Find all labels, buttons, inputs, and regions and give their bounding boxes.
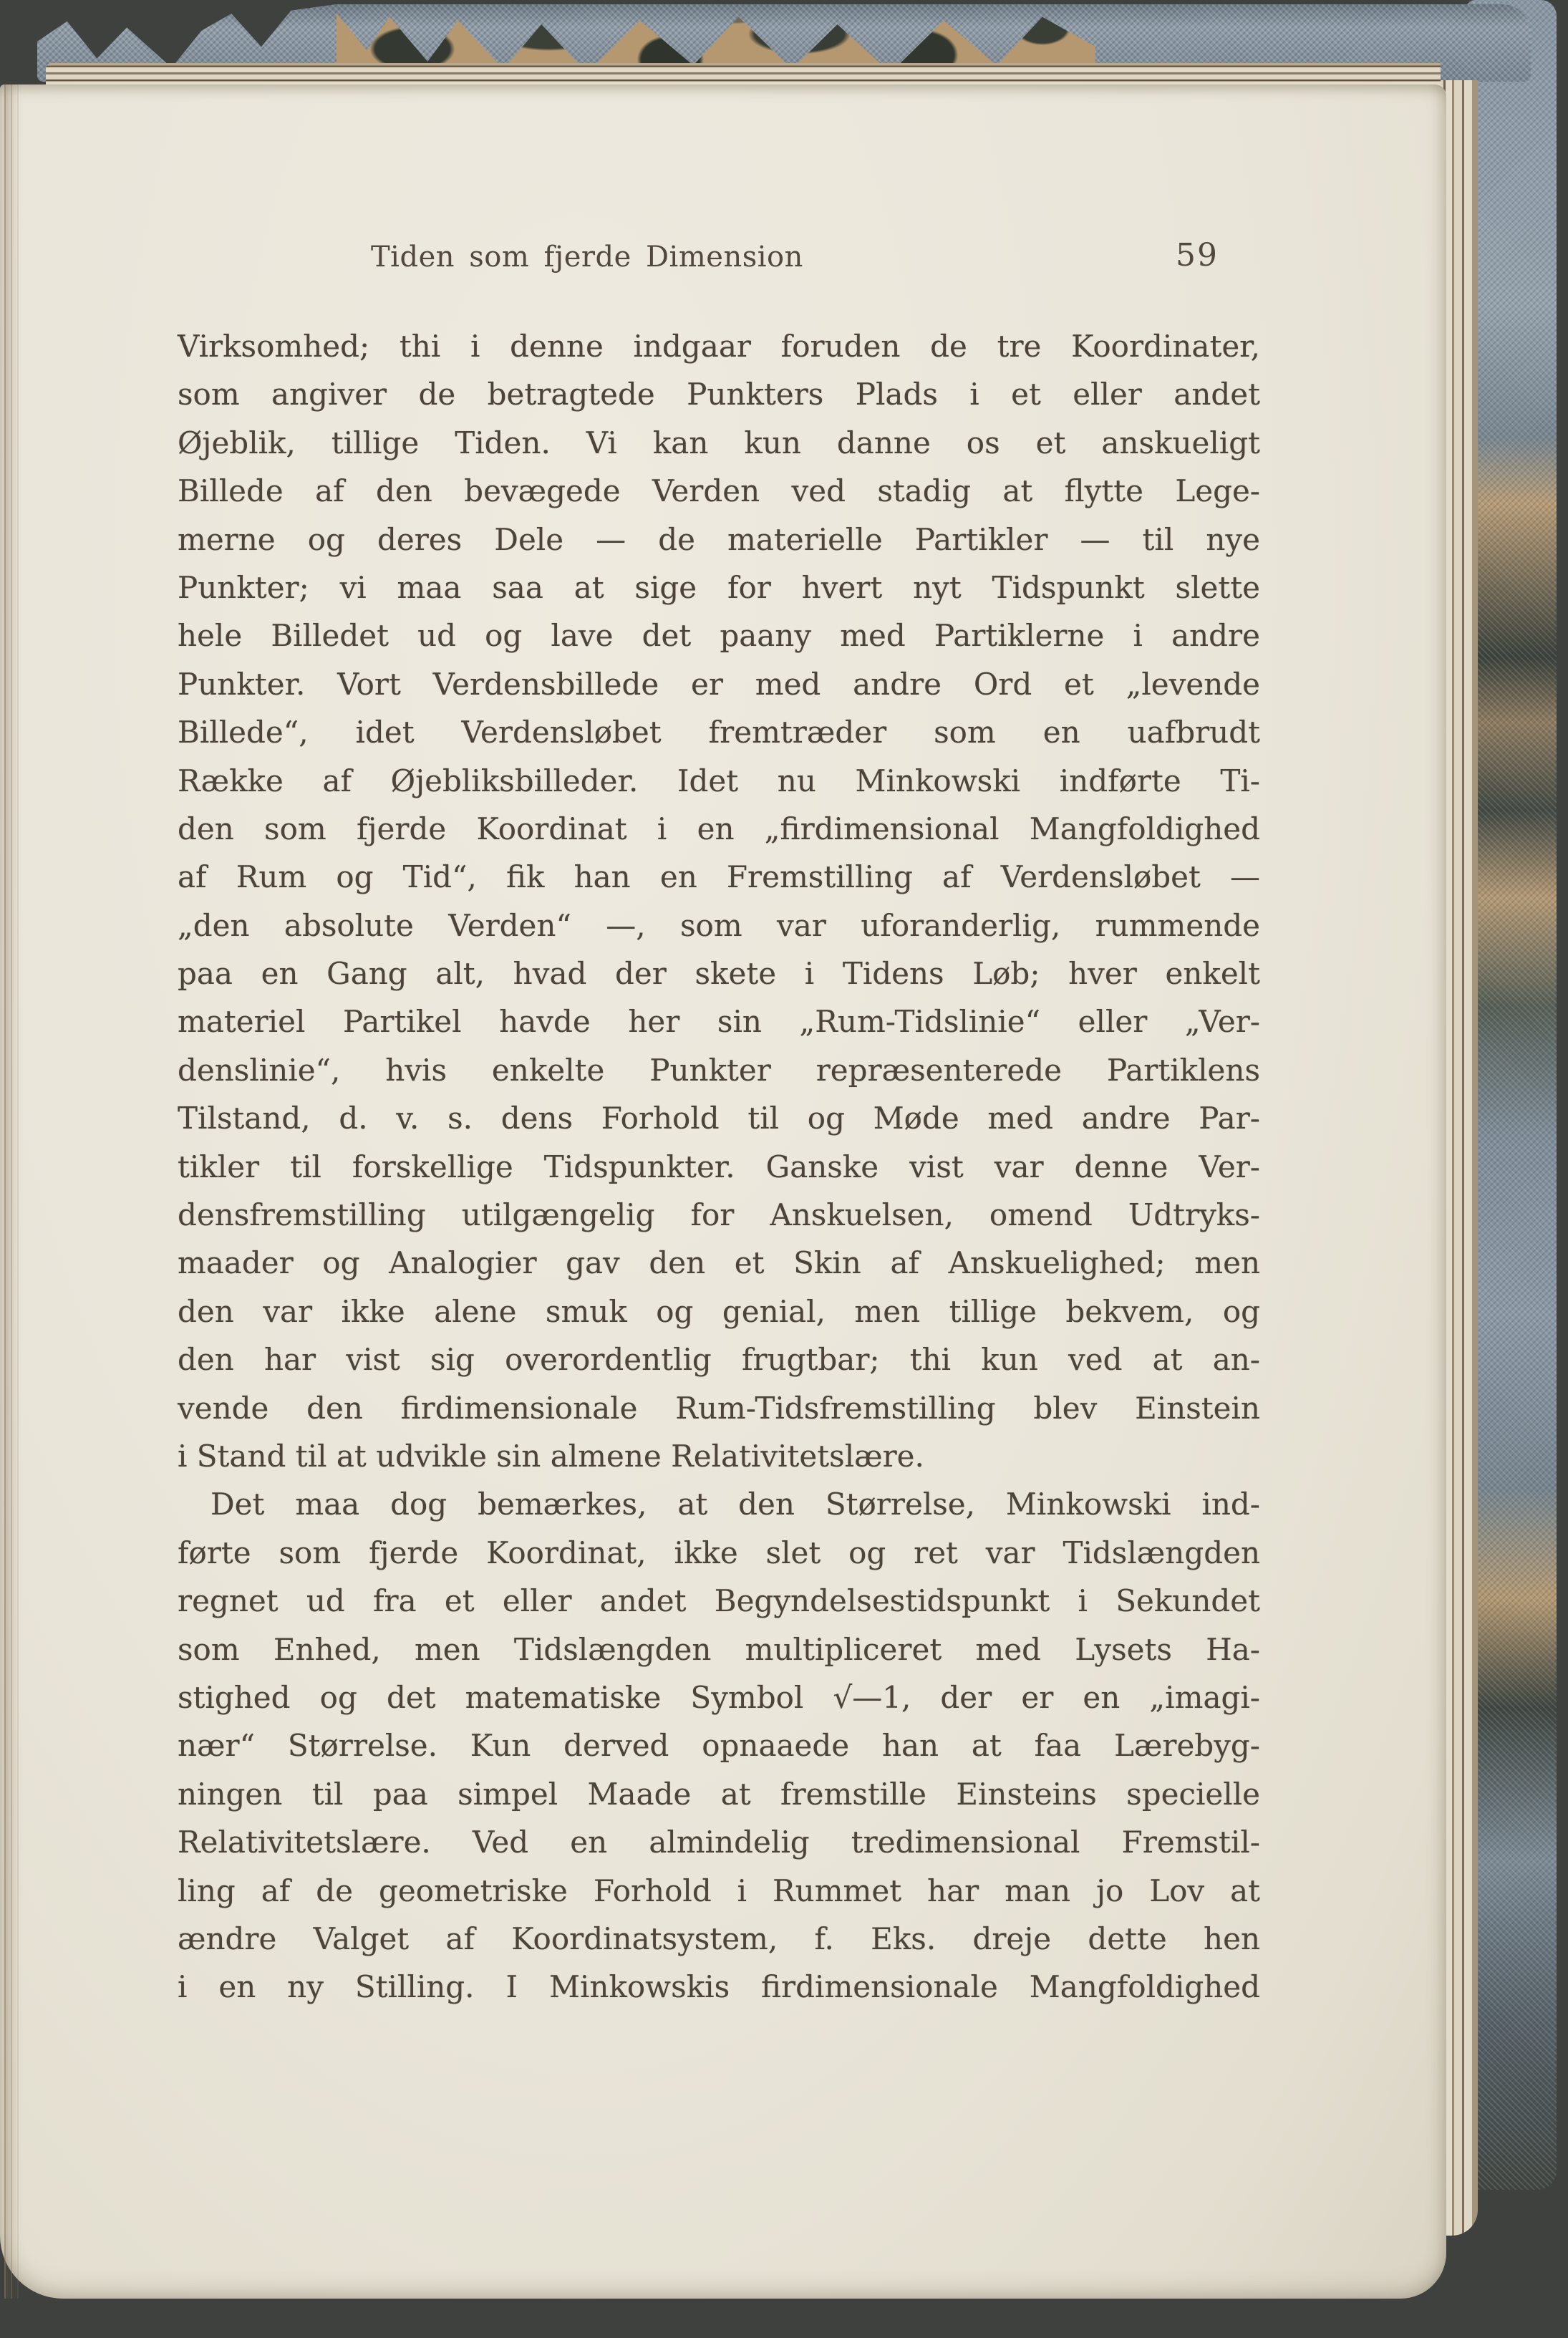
text-line: densfremstilling utilgængelig for Anskue… (178, 1191, 1260, 1239)
text-line: Relativitetslære. Ved en almindelig tred… (178, 1818, 1260, 1866)
text-line: maader og Analogier gav den et Skin af A… (178, 1239, 1260, 1287)
text-line: nær“ Størrelse. Kun derved opnaaede han … (178, 1721, 1260, 1769)
text-line: som angiver de betragtede Punkters Plads… (178, 370, 1260, 418)
text-line: „den absolute Verden“ —, som var uforand… (178, 902, 1260, 950)
text-line: den som fjerde Koordinat i en „firdimens… (178, 805, 1260, 853)
text-line: ningen til paa simpel Maade at fremstill… (178, 1770, 1260, 1818)
text-line: stighed og det matematiske Symbol √—1, d… (178, 1673, 1260, 1721)
text-line: førte som fjerde Koordinat, ikke slet og… (178, 1529, 1260, 1577)
text-line: tikler til forskellige Tidspunkter. Gans… (178, 1143, 1260, 1191)
text-line: paa en Gang alt, hvad der skete i Tidens… (178, 950, 1260, 997)
text-line: hele Billedet ud og lave det paany med P… (178, 612, 1260, 660)
text-line: den har vist sig overordentlig frugtbar;… (178, 1335, 1260, 1383)
body-text: Virksomhed; thi i denne indgaar foruden … (178, 322, 1260, 2011)
text-line: merne og deres Dele — de materielle Part… (178, 516, 1260, 564)
text-line: Virksomhed; thi i denne indgaar foruden … (178, 322, 1260, 370)
text-line: denslinie“, hvis enkelte Punkter repræse… (178, 1046, 1260, 1094)
text-line: Række af Øjebliksbilleder. Idet nu Minko… (178, 757, 1260, 805)
text-line: Punkter; vi maa saa at sige for hvert ny… (178, 564, 1260, 612)
text-line: Øjeblik, tillige Tiden. Vi kan kun danne… (178, 419, 1260, 467)
text-line: som Enhed, men Tidslængden multipliceret… (178, 1626, 1260, 1673)
text-line: Tilstand, d. v. s. dens Forhold til og M… (178, 1094, 1260, 1142)
text-line: vende den firdimensionale Rum-Tidsfremst… (178, 1384, 1260, 1432)
text-line: Det maa dog bemærkes, at den Størrelse, … (178, 1480, 1260, 1528)
text-line: i en ny Stilling. I Minkowskis firdimens… (178, 1963, 1260, 2011)
running-header-title: Tiden som fjerde Dimension (371, 241, 803, 274)
text-line: i Stand til at udvikle sin almene Relati… (178, 1432, 1260, 1480)
text-line: den var ikke alene smuk og genial, men t… (178, 1288, 1260, 1335)
text-line: ling af de geometriske Forhold i Rummet … (178, 1867, 1260, 1915)
page-number: 59 (1176, 238, 1219, 274)
text-line: Punkter. Vort Verdensbillede er med andr… (178, 660, 1260, 708)
text-line: regnet ud fra et eller andet Begyndelses… (178, 1577, 1260, 1625)
text-line: ændre Valget af Koordinatsystem, f. Eks.… (178, 1915, 1260, 1963)
book-cover-edge-right (1466, 0, 1557, 2190)
text-line: materiel Partikel havde her sin „Rum-Tid… (178, 997, 1260, 1045)
text-line: Billede“, idet Verdensløbet fremtræder s… (178, 708, 1260, 756)
text-line: af Rum og Tid“, fik han en Fremstilling … (178, 853, 1260, 901)
text-line: Billede af den bevægede Verden ved stadi… (178, 467, 1260, 515)
